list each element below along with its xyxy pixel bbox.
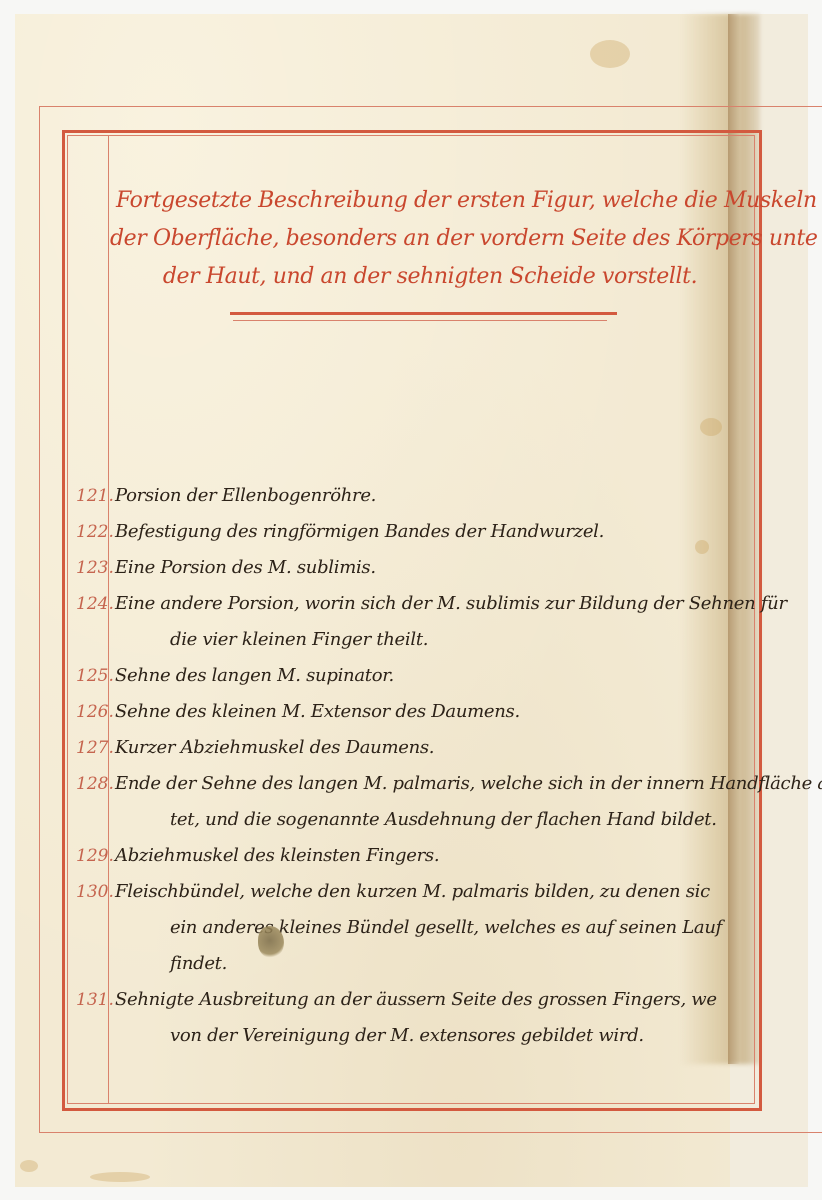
entry-text: Befestigung des ringförmigen Bandes der … (115, 514, 750, 550)
entry-number: 123. (76, 550, 110, 586)
title-line-1: Fortgesetzte Beschreibung der ersten Fig… (110, 182, 750, 220)
title-line-2: der Oberfläche, besonders an der vordern… (110, 220, 750, 258)
legend-entry-127: 127. Kurzer Abziehmuskel des Daumens. (70, 730, 750, 766)
title-underline-thick (230, 312, 617, 315)
legend-entry-121: 121. Porsion der Ellenbogenröhre. (70, 478, 750, 514)
entry-number: 126. (76, 694, 110, 730)
entry-text-continuation: tet, und die sogenannte Ausdehnung der f… (170, 802, 750, 838)
entry-number: 121. (76, 478, 110, 514)
entry-number: 128. (76, 766, 110, 802)
entry-text: Eine andere Porsion, worin sich der M. s… (115, 586, 750, 622)
foxing-spot (590, 40, 630, 68)
entry-text: Abziehmuskel des kleinsten Fingers. (115, 838, 750, 874)
entry-text: Fleischbündel, welche den kurzen M. palm… (115, 874, 750, 910)
legend-entry-123: 123. Eine Porsion des M. sublimis. (70, 550, 750, 586)
title-line-3: der Haut, und an der sehnigten Scheide v… (110, 258, 750, 296)
legend-entry-122: 122. Befestigung des ringförmigen Bandes… (70, 514, 750, 550)
entry-number: 125. (76, 658, 110, 694)
foxing-spot (20, 1160, 38, 1172)
legend-entry-125: 125. Sehne des langen M. supinator. (70, 658, 750, 694)
entry-text: Kurzer Abziehmuskel des Daumens. (115, 730, 750, 766)
legend-entries: 121. Porsion der Ellenbogenröhre. 122. B… (70, 478, 750, 1054)
foxing-spot (90, 1172, 150, 1182)
entry-number: 129. (76, 838, 110, 874)
legend-entry-124: 124. Eine andere Porsion, worin sich der… (70, 586, 750, 658)
entry-text: Porsion der Ellenbogenröhre. (115, 478, 750, 514)
entry-number: 131. (76, 982, 110, 1018)
title-underline-thin (233, 320, 607, 321)
entry-text-continuation: ein anderes kleines Bündel gesellt, welc… (170, 910, 750, 946)
page-title: Fortgesetzte Beschreibung der ersten Fig… (110, 182, 750, 296)
entry-text: Eine Porsion des M. sublimis. (115, 550, 750, 586)
legend-entry-130: 130. Fleischbündel, welche den kurzen M.… (70, 874, 750, 982)
entry-text: Sehne des kleinen M. Extensor des Daumen… (115, 694, 750, 730)
entry-text: Sehne des langen M. supinator. (115, 658, 750, 694)
ink-blot (258, 926, 284, 958)
entry-number: 127. (76, 730, 110, 766)
entry-text-continuation: die vier kleinen Finger theilt. (170, 622, 750, 658)
entry-text: Ende der Sehne des langen M. palmaris, w… (115, 766, 750, 802)
legend-entry-131: 131. Sehnigte Ausbreitung an der äussern… (70, 982, 750, 1054)
entry-number: 124. (76, 586, 110, 622)
entry-number: 122. (76, 514, 110, 550)
entry-text: Sehnigte Ausbreitung an der äussern Seit… (115, 982, 750, 1018)
entry-text-continuation: von der Vereinigung der M. extensores ge… (170, 1018, 750, 1054)
legend-entry-128: 128. Ende der Sehne des langen M. palmar… (70, 766, 750, 838)
legend-entry-126: 126. Sehne des kleinen M. Extensor des D… (70, 694, 750, 730)
entry-text-continuation: findet. (170, 946, 750, 982)
legend-entry-129: 129. Abziehmuskel des kleinsten Fingers. (70, 838, 750, 874)
entry-number: 130. (76, 874, 110, 910)
